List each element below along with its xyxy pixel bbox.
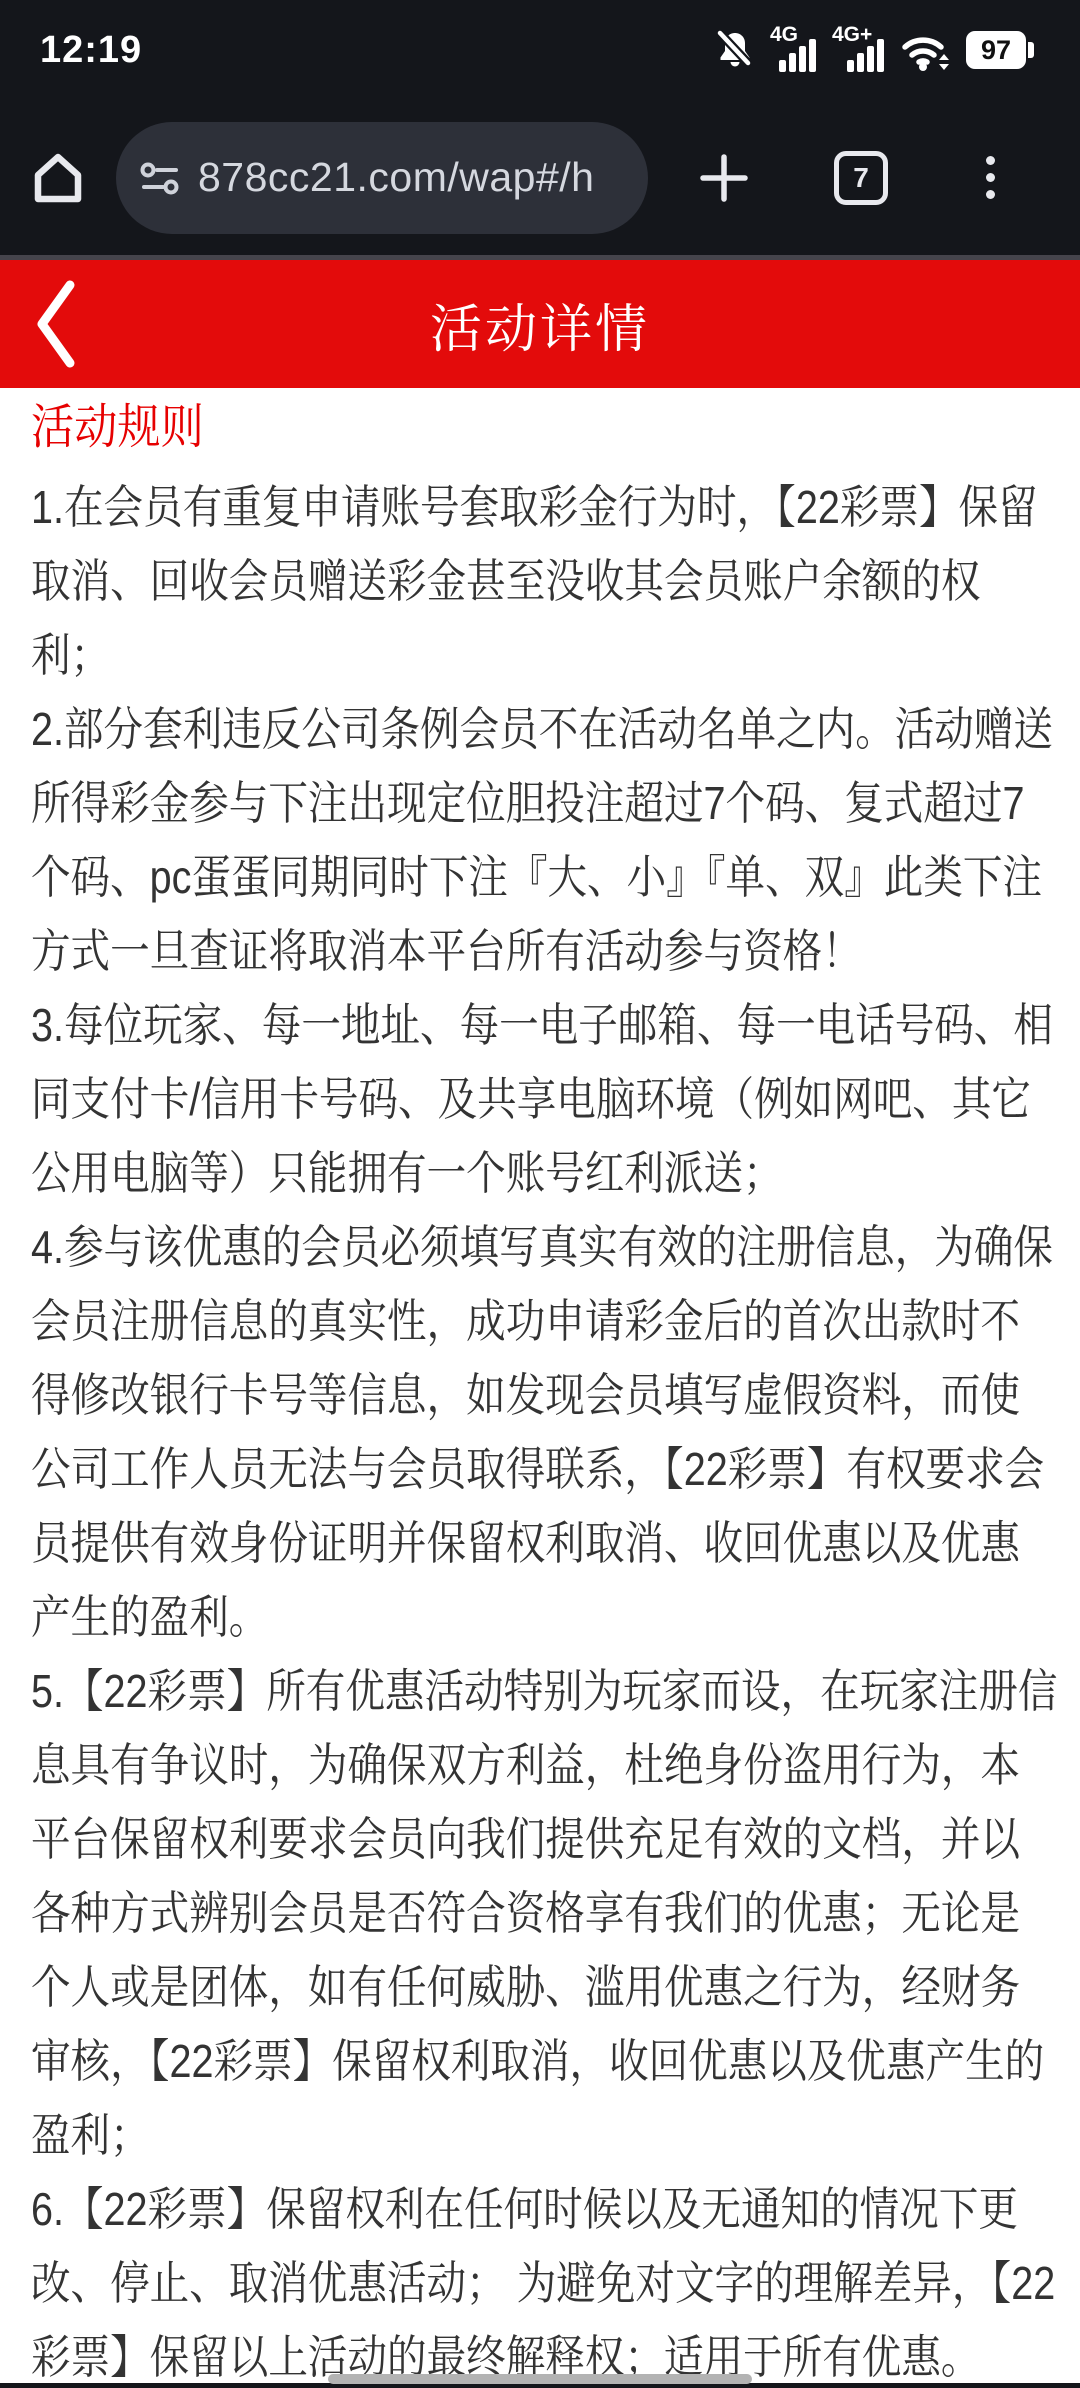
rule-text-line: 6.【22彩票】保留权利在任何时候以及无通知的情况下更 bbox=[31, 2172, 906, 2246]
rule-text-line: 个码、pc蛋蛋同期同时下注『大、小』『单、双』此类下注 bbox=[31, 840, 906, 914]
rule-text-line: 方式一旦查证将取消本平台所有活动参与资格！ bbox=[31, 914, 906, 988]
activity-rules-content: 活动规则 1.在会员有重复申请账号套取彩金行为时，【22彩票】保留取消、回收会员… bbox=[0, 388, 1080, 2383]
rule-text-line: 公用电脑等）只能拥有一个账号红利派送； bbox=[31, 1136, 906, 1210]
rule-text-line: 改、停止、取消优惠活动； 为避免对文字的理解差异，【22 bbox=[31, 2246, 906, 2320]
browser-toolbar: 878cc21.com/wap#/h 7 bbox=[0, 100, 1080, 260]
rules-heading: 活动规则 bbox=[31, 394, 947, 470]
address-bar[interactable]: 878cc21.com/wap#/h bbox=[116, 122, 648, 234]
new-tab-button[interactable] bbox=[698, 152, 750, 204]
site-settings-icon[interactable] bbox=[140, 159, 180, 197]
rule-text-line: 息具有争议时，为确保双方利益，杜绝身份盗用行为，本 bbox=[31, 1728, 906, 1802]
rule-text-line: 所得彩金参与下注出现定位胆投注超过7个码、复式超过7 bbox=[31, 766, 906, 840]
rule-text-line: 会员注册信息的真实性，成功申请彩金后的首次出款时不 bbox=[31, 1284, 906, 1358]
signal-4g-plus-icon: 4G+ bbox=[832, 24, 884, 76]
status-icons: 4G 4G+ 97 bbox=[716, 24, 1034, 76]
rule-text-line: 3.每位玩家、每一地址、每一电子邮箱、每一电话号码、相 bbox=[31, 988, 906, 1062]
rule-text-line: 平台保留权利要求会员向我们提供充足有效的文档，并以 bbox=[31, 1802, 906, 1876]
rule-text-line: 公司工作人员无法与会员取得联系，【22彩票】有权要求会 bbox=[31, 1432, 906, 1506]
rule-text-line: 产生的盈利。 bbox=[31, 1580, 906, 1654]
rule-text-line: 取消、回收会员赠送彩金甚至没收其会员账户余额的权 bbox=[31, 544, 906, 618]
rule-text-line: 同支付卡/信用卡号码、及共享电脑环境（例如网吧、其它 bbox=[31, 1062, 906, 1136]
rule-text-line: 员提供有效身份证明并保留权利取消、收回优惠以及优惠 bbox=[31, 1506, 906, 1580]
home-button[interactable] bbox=[28, 148, 88, 208]
url-text[interactable]: 878cc21.com/wap#/h bbox=[198, 154, 594, 201]
page-header: 活动详情 bbox=[0, 260, 1080, 388]
status-bar: 12:19 4G 4G+ bbox=[0, 0, 1080, 100]
rule-text-line: 审核，【22彩票】保留权利取消，收回优惠以及优惠产生的 bbox=[31, 2024, 906, 2098]
wifi-icon bbox=[900, 28, 950, 72]
rule-text-line: 得修改银行卡号等信息，如发现会员填写虚假资料，而使 bbox=[31, 1358, 906, 1432]
rule-text-line: 4.参与该优惠的会员必须填写真实有效的注册信息，为确保 bbox=[31, 1210, 906, 1284]
rule-text-line: 利； bbox=[31, 618, 906, 692]
gesture-navigation-bar[interactable] bbox=[328, 2374, 752, 2384]
rule-text-line: 1.在会员有重复申请账号套取彩金行为时，【22彩票】保留 bbox=[31, 470, 906, 544]
rule-text-line: 个人或是团体，如有任何威胁、滥用优惠之行为，经财务 bbox=[31, 1950, 906, 2024]
battery-icon: 97 bbox=[966, 31, 1034, 69]
page-title: 活动详情 bbox=[0, 260, 1080, 388]
rule-text-line: 2.部分套利违反公司条例会员不在活动名单之内。活动赠送 bbox=[31, 692, 906, 766]
signal-4g-icon: 4G bbox=[770, 24, 816, 76]
tab-count: 7 bbox=[853, 162, 869, 194]
rule-text-line: 5.【22彩票】所有优惠活动特别为玩家而设，在玩家注册信 bbox=[31, 1654, 906, 1728]
rule-text-line: 盈利； bbox=[31, 2098, 906, 2172]
clock: 12:19 bbox=[40, 29, 142, 72]
rule-text-line: 各种方式辨别会员是否符合资格享有我们的优惠；无论是 bbox=[31, 1876, 906, 1950]
battery-percent: 97 bbox=[981, 35, 1011, 66]
browser-menu-button[interactable] bbox=[986, 156, 995, 199]
bell-muted-icon bbox=[716, 30, 754, 70]
rules-lines: 1.在会员有重复申请账号套取彩金行为时，【22彩票】保留取消、回收会员赠送彩金甚… bbox=[31, 470, 1049, 2383]
tab-switcher-button[interactable]: 7 bbox=[834, 151, 888, 205]
